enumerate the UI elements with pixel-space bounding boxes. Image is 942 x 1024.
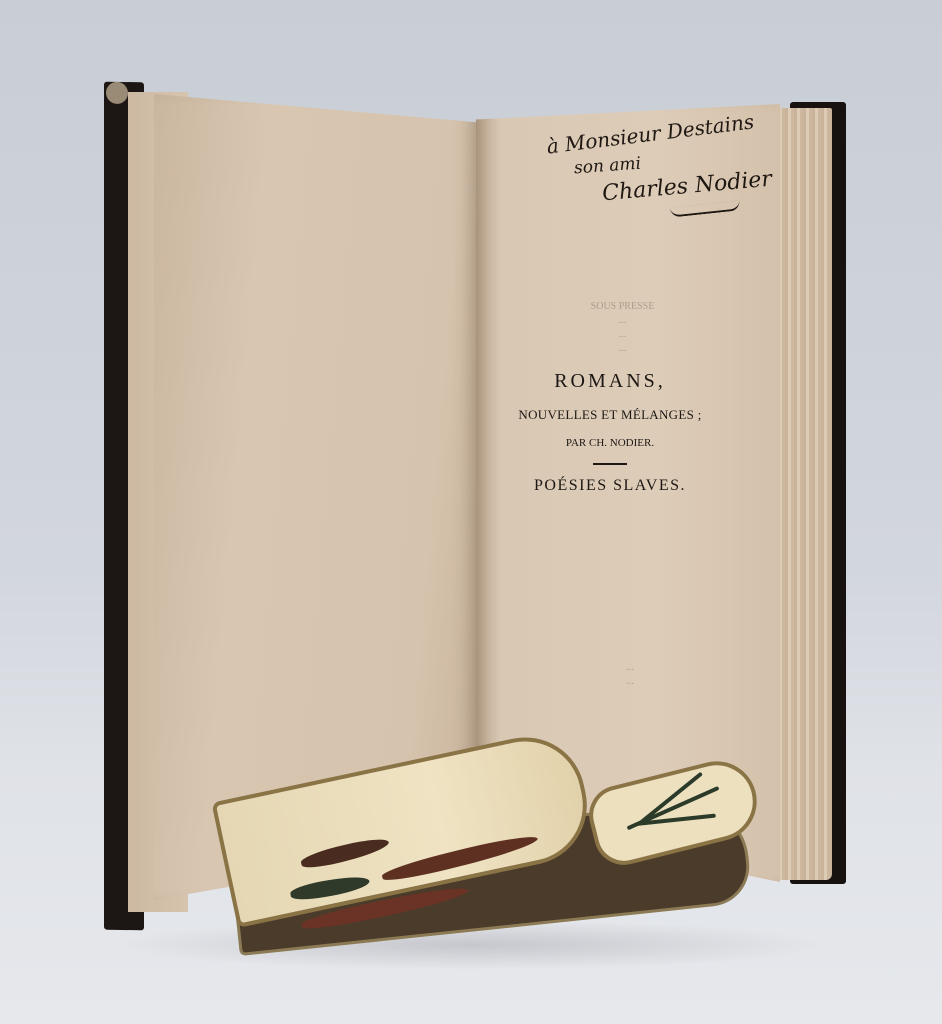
dedication-line: son ami	[573, 154, 641, 179]
faded-line: ...	[520, 660, 740, 674]
dedication-line: à Monsieur Destains	[545, 109, 755, 158]
book-subtitle: NOUVELLES ET MÉLANGES ;	[490, 407, 730, 423]
signature-flourish	[670, 200, 741, 217]
faded-line: ...	[520, 674, 740, 688]
faded-line: SOUS PRESSE	[510, 300, 735, 314]
book-author: PAR CH. NODIER.	[490, 437, 730, 449]
page-edges	[776, 108, 832, 880]
volume-title: POÉSIES SLAVES.	[490, 477, 730, 495]
faded-show-through-text: SOUS PRESSE ... ... ...	[510, 300, 735, 356]
faded-line: ...	[510, 314, 735, 328]
faded-line: ...	[510, 342, 735, 356]
faded-imprint: ... ...	[520, 660, 740, 688]
title-rule	[593, 463, 627, 465]
book-title: ROMANS,	[490, 370, 730, 393]
faded-line: ...	[510, 328, 735, 342]
photo-scene: à Monsieur Destains son ami Charles Nodi…	[0, 0, 942, 1024]
handwritten-dedication: à Monsieur Destains son ami Charles Nodi…	[540, 108, 780, 228]
title-block: ROMANS, NOUVELLES ET MÉLANGES ; PAR CH. …	[490, 370, 730, 495]
